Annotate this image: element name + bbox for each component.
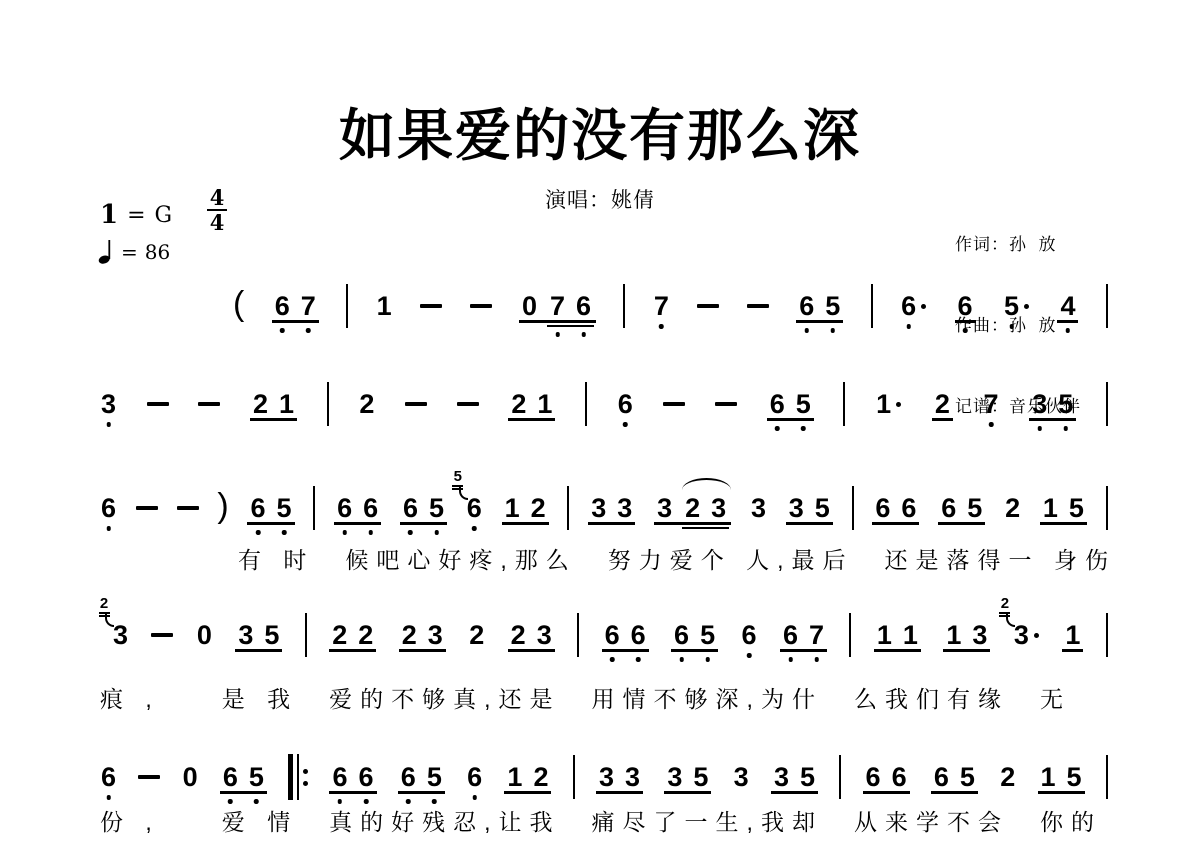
low-octave-dot (254, 799, 259, 804)
held-note-dash (470, 304, 492, 308)
beam-group: 15 (1040, 495, 1087, 522)
beam-group: 21 (508, 391, 555, 418)
beam-line (547, 325, 594, 327)
low-octave-dot (775, 426, 780, 431)
repeat-thick-bar (288, 754, 293, 800)
beam-line (767, 418, 814, 420)
note: 5 (824, 293, 841, 320)
held-note-dash (715, 402, 737, 406)
beam-group: 66 (863, 764, 910, 791)
note: 6 (741, 622, 758, 649)
low-octave-dot (472, 795, 477, 800)
low-octave-dot (804, 328, 809, 333)
note-digit: 3 (1014, 622, 1029, 649)
time-signature: 4 4 (207, 187, 227, 234)
note: 2 (252, 391, 269, 418)
beam-line (272, 320, 319, 322)
low-octave-dot (106, 795, 111, 800)
note: 6 (798, 293, 815, 320)
barline (305, 613, 307, 657)
note-digit: 5 (427, 764, 442, 791)
note: 6 (575, 293, 592, 320)
note-digit: 6 (742, 622, 757, 649)
beam-group: 67 (272, 293, 319, 320)
note: 2 (357, 622, 374, 649)
note: 23 (112, 622, 129, 649)
note: 6 (673, 622, 690, 649)
beam-group: 66 (329, 764, 376, 791)
note: 5 (428, 495, 445, 522)
beam-group: 33 (596, 764, 643, 791)
note: 0 (182, 764, 199, 791)
sheet-music-page: 如果爱的没有那么深 演唱：姚倩 作词：孙 放 作曲：孙 放 记谱：音乐伙伴 1 … (0, 0, 1200, 850)
note: 2 (468, 622, 485, 649)
repeat-dot (303, 781, 308, 786)
held-note-dash (177, 506, 199, 510)
note-digit: 2 (469, 622, 484, 649)
note: 5 (276, 495, 293, 522)
meter-numerator: 4 (210, 187, 225, 208)
note: 3 (971, 622, 988, 649)
low-octave-dot (906, 324, 911, 329)
beam-line (863, 791, 910, 793)
barline (843, 382, 845, 426)
note-digit: 1 (537, 391, 552, 418)
beam-line (329, 649, 376, 651)
note-digit: 0 (197, 622, 212, 649)
beam-group: 65 (247, 495, 294, 522)
note: 7 (983, 391, 1000, 418)
note-digit: 3 (113, 622, 128, 649)
note-digit: 6 (403, 495, 418, 522)
note-digit: 3 (537, 622, 552, 649)
note-digit: 5 (815, 495, 830, 522)
note-digit: 6 (576, 293, 591, 320)
key-do-number: 1 (100, 200, 118, 230)
beam-group: 65 (938, 495, 985, 522)
note-digit: 7 (809, 622, 824, 649)
note-digit: 5 (1058, 391, 1073, 418)
beam-line (771, 791, 818, 793)
note-digit: 6 (275, 293, 290, 320)
note-digit: 6 (934, 764, 949, 791)
tempo-mark: = 86 (98, 238, 170, 265)
note-digit: 1 (507, 764, 522, 791)
note: 6 (357, 764, 374, 791)
note-digit: 6 (101, 495, 116, 522)
note-digit: 1 (279, 391, 294, 418)
note-digit: 3 (711, 495, 726, 522)
note-digit: 5 (1069, 495, 1084, 522)
beam-group: 21 (250, 391, 297, 418)
low-octave-dot (636, 657, 641, 662)
note: 2 (331, 622, 348, 649)
barline (567, 486, 569, 530)
augmentation-dot (896, 402, 901, 407)
note: 1 (1040, 764, 1057, 791)
beam-group: 65 (796, 293, 843, 320)
note: 3 (616, 495, 633, 522)
beam-group: 12 (504, 764, 551, 791)
note-digit: 1 (1065, 622, 1080, 649)
note-digit: 2 (511, 391, 526, 418)
low-octave-dot (432, 799, 437, 804)
note-digit: 1 (876, 391, 891, 418)
note-digit: 7 (984, 391, 999, 418)
close-paren: ) (217, 489, 228, 523)
note: 3 (773, 764, 790, 791)
note-digit: 1 (946, 622, 961, 649)
note-digit: 3 (625, 764, 640, 791)
beam-line (519, 320, 596, 322)
note: 2 (530, 495, 547, 522)
note-digit: 6 (332, 764, 347, 791)
beam-line (1038, 791, 1085, 793)
note-digit: 6 (770, 391, 785, 418)
beam-group: 35 (786, 495, 833, 522)
beam-line (1040, 522, 1087, 524)
note-digit: 5 (264, 622, 279, 649)
beam-line (932, 418, 953, 420)
song-title: 如果爱的没有那么深 (0, 92, 1200, 172)
low-octave-dot (282, 530, 287, 535)
note-digit: 1 (877, 622, 892, 649)
beam-group: 23 (682, 495, 729, 522)
beam-group: 4 (1057, 293, 1078, 320)
barline (1106, 486, 1108, 530)
note-digit: 5 (796, 391, 811, 418)
note-digit: 3 (972, 622, 987, 649)
beam-group: 1 (1062, 622, 1083, 649)
beam-line (502, 522, 549, 524)
note: 5 (959, 764, 976, 791)
note-digit: 2 (1005, 495, 1020, 522)
note-digit: 2 (511, 622, 526, 649)
beam-group: 22 (329, 622, 376, 649)
note-digit: 6 (101, 764, 116, 791)
note: 3 (733, 764, 750, 791)
beam-group: 66 (334, 495, 381, 522)
note-digit: 3 (238, 622, 253, 649)
low-octave-dot (679, 657, 684, 662)
note: 3 (427, 622, 444, 649)
beam-group: 76 (547, 293, 594, 320)
note-digit: 6 (866, 764, 881, 791)
note: 3 (1031, 391, 1048, 418)
note-digit: 6 (358, 764, 373, 791)
note-digit: 6 (631, 622, 646, 649)
low-octave-dot (1037, 426, 1042, 431)
low-octave-dot (705, 657, 710, 662)
note: 1 (1042, 495, 1059, 522)
note: 6 (400, 764, 417, 791)
note-digit: 3 (657, 495, 672, 522)
low-octave-dot (1009, 324, 1014, 329)
note: 6 (362, 495, 379, 522)
note: 5 (692, 764, 709, 791)
note-digit: 4 (1060, 293, 1075, 320)
note: 56 (466, 495, 483, 522)
note: 5 (1068, 495, 1085, 522)
note-digit: 3 (617, 495, 632, 522)
low-octave-dot (989, 422, 994, 427)
repeat-start-sign (288, 754, 308, 800)
beam-group: 66 (872, 495, 919, 522)
barline (852, 486, 854, 530)
beam-line (654, 522, 731, 524)
beam-line (588, 522, 635, 524)
low-octave-dot (801, 426, 806, 431)
note-digit: 6 (674, 622, 689, 649)
low-octave-dot (106, 422, 111, 427)
beam-line (931, 791, 978, 793)
note: 1 (506, 764, 523, 791)
low-octave-dot (434, 530, 439, 535)
beam-group: 65 (220, 764, 267, 791)
held-note-dash (663, 402, 685, 406)
beam-line (872, 522, 919, 524)
note-digit: 7 (301, 293, 316, 320)
note-digit: 3 (789, 495, 804, 522)
note: 2 (358, 391, 375, 418)
key-signature: 1 = G 4 4 (100, 192, 227, 239)
barline (871, 284, 873, 328)
beam-line (602, 649, 649, 651)
note: 5 (1057, 391, 1074, 418)
note: 1 (945, 622, 962, 649)
held-note-dash (457, 402, 479, 406)
quarter-note-icon (98, 238, 114, 265)
note-digit: 3 (774, 764, 789, 791)
note-digit: 2 (531, 495, 546, 522)
low-octave-dot (555, 332, 560, 337)
barline (623, 284, 625, 328)
note: 5 (1066, 764, 1083, 791)
beam-group: 6 (955, 293, 976, 320)
beam-line (682, 527, 729, 529)
note: 6 (100, 495, 117, 522)
low-octave-dot (623, 422, 628, 427)
note: 3 (624, 764, 641, 791)
note-digit: 2 (402, 622, 417, 649)
note: 5 (426, 764, 443, 791)
low-octave-dot (406, 799, 411, 804)
note-digit: 0 (522, 293, 537, 320)
barline (849, 613, 851, 657)
note-digit: 2 (332, 622, 347, 649)
note: 5 (699, 622, 716, 649)
note: 6 (336, 495, 353, 522)
note: 4 (1059, 293, 1076, 320)
beam-line (671, 649, 718, 651)
beam-line (220, 791, 267, 793)
key-name: G (155, 203, 173, 228)
note: 1 (536, 391, 553, 418)
lyrics-line: 份 , 爱 情 真的好残忍,让我 痛尽了一生,我却 从来学不会 你的 (100, 804, 1102, 837)
note: 3 (750, 495, 767, 522)
note-digit: 6 (783, 622, 798, 649)
key-equals: = (127, 203, 145, 228)
low-octave-dot (814, 657, 819, 662)
beam-line (874, 649, 921, 651)
note-digit: 3 (751, 495, 766, 522)
note: 7 (549, 293, 566, 320)
low-octave-dot (747, 653, 752, 658)
meter-denominator: 4 (210, 212, 225, 233)
note-digit: 5 (967, 495, 982, 522)
note-digit: 2 (253, 391, 268, 418)
note-digit: 6 (467, 764, 482, 791)
low-octave-dot (472, 526, 477, 531)
beam-line (955, 320, 976, 322)
note-digit: 1 (903, 622, 918, 649)
note-digit: 2 (358, 622, 373, 649)
low-octave-dot (228, 799, 233, 804)
note: 5 (799, 764, 816, 791)
beam-line (1057, 320, 1078, 322)
beam-line (247, 522, 294, 524)
note-digit: 5 (1004, 293, 1019, 320)
low-octave-dot (256, 530, 261, 535)
note: 0 (196, 622, 213, 649)
note-digit: 6 (401, 764, 416, 791)
repeat-dot (303, 769, 308, 774)
beam-line (400, 522, 447, 524)
beam-line (334, 522, 381, 524)
beam-group: 23 (399, 622, 446, 649)
note: 5 (966, 495, 983, 522)
barline (1106, 755, 1108, 799)
note: 5 (814, 495, 831, 522)
note: 1 (504, 495, 521, 522)
note: 1 (1064, 622, 1081, 649)
note-digit: 6 (892, 764, 907, 791)
held-note-dash (138, 775, 160, 779)
beam-group: 12 (502, 495, 549, 522)
note: 2 (1004, 495, 1021, 522)
note: 1 (278, 391, 295, 418)
held-note-dash (747, 304, 769, 308)
note: 6 (900, 495, 917, 522)
beam-line (780, 649, 827, 651)
beam-group: 67 (780, 622, 827, 649)
note: 6 (940, 495, 957, 522)
beam-group: 2 (932, 391, 953, 418)
grace-digit: 5 (454, 469, 462, 484)
augmentation-dot (1034, 633, 1039, 638)
score-line: 6065666561233353356665215 (100, 754, 1108, 800)
note-digit: 3 (1032, 391, 1047, 418)
beam-line (938, 522, 985, 524)
barline (1106, 613, 1108, 657)
barline (577, 613, 579, 657)
note: 6 (891, 764, 908, 791)
note: 3 (788, 495, 805, 522)
beam-group: 33 (588, 495, 635, 522)
note: 6 (630, 622, 647, 649)
note-digit: 3 (101, 391, 116, 418)
beam-line (329, 791, 376, 793)
note: 6 (274, 293, 291, 320)
beam-group: 65 (400, 495, 447, 522)
note: 3 (598, 764, 615, 791)
note-digit: 5 (277, 495, 292, 522)
note: 3 (536, 622, 553, 649)
score-line: (6710767656654 (233, 283, 1108, 329)
beam-group: 15 (1038, 764, 1085, 791)
note: 6 (782, 622, 799, 649)
low-octave-dot (1063, 426, 1068, 431)
note: 1 (902, 622, 919, 649)
note: 5 (248, 764, 265, 791)
barline (1106, 284, 1108, 328)
note-digit: 3 (667, 764, 682, 791)
beam-group: 076 (519, 293, 596, 320)
note: 3 (656, 495, 673, 522)
beam-group: 23 (508, 622, 555, 649)
barline (346, 284, 348, 328)
note-digit: 2 (1000, 764, 1015, 791)
slur-arc (682, 478, 731, 490)
low-octave-dot (581, 332, 586, 337)
held-note-dash (151, 633, 173, 637)
held-note-dash (136, 506, 158, 510)
low-octave-dot (1066, 328, 1071, 333)
lyrics-line: 痕 , 是 我 爱的不够真,还是 用情不够深,为什 么我们有缘 无 (100, 681, 1071, 714)
tempo-bpm: 86 (145, 240, 170, 264)
note-digit: 6 (799, 293, 814, 320)
held-note-dash (198, 402, 220, 406)
beam-line (398, 791, 445, 793)
low-octave-dot (306, 328, 311, 333)
note-digit: 6 (605, 622, 620, 649)
note: 6 (874, 495, 891, 522)
note: 2 (510, 391, 527, 418)
beam-group: 66 (602, 622, 649, 649)
note: 6 (900, 293, 927, 320)
note: 6 (865, 764, 882, 791)
beam-line (943, 649, 990, 651)
note-digit: 5 (700, 622, 715, 649)
low-octave-dot (338, 799, 343, 804)
note: 7 (653, 293, 670, 320)
low-octave-dot (610, 657, 615, 662)
held-note-dash (420, 304, 442, 308)
augmentation-dot (921, 304, 926, 309)
low-octave-dot (342, 530, 347, 535)
beam-group: 35 (1029, 391, 1076, 418)
held-note-dash (147, 402, 169, 406)
credit-lyricist: 作词：孙 放 (955, 231, 1081, 258)
note: 6 (769, 391, 786, 418)
note-digit: 6 (250, 495, 265, 522)
note-digit: 6 (363, 495, 378, 522)
note: 2 (684, 495, 701, 522)
beam-line (250, 418, 297, 420)
note: 2 (401, 622, 418, 649)
beam-group: 11 (874, 622, 921, 649)
score-line: 32122166512735 (100, 381, 1108, 427)
repeat-thin-bar (297, 754, 299, 800)
barline (839, 755, 841, 799)
note-digit: 6 (941, 495, 956, 522)
note-digit: 5 (429, 495, 444, 522)
note: 3 (100, 391, 117, 418)
note: 2 (934, 391, 951, 418)
barline (327, 382, 329, 426)
note: 5 (263, 622, 280, 649)
note: 2 (510, 622, 527, 649)
